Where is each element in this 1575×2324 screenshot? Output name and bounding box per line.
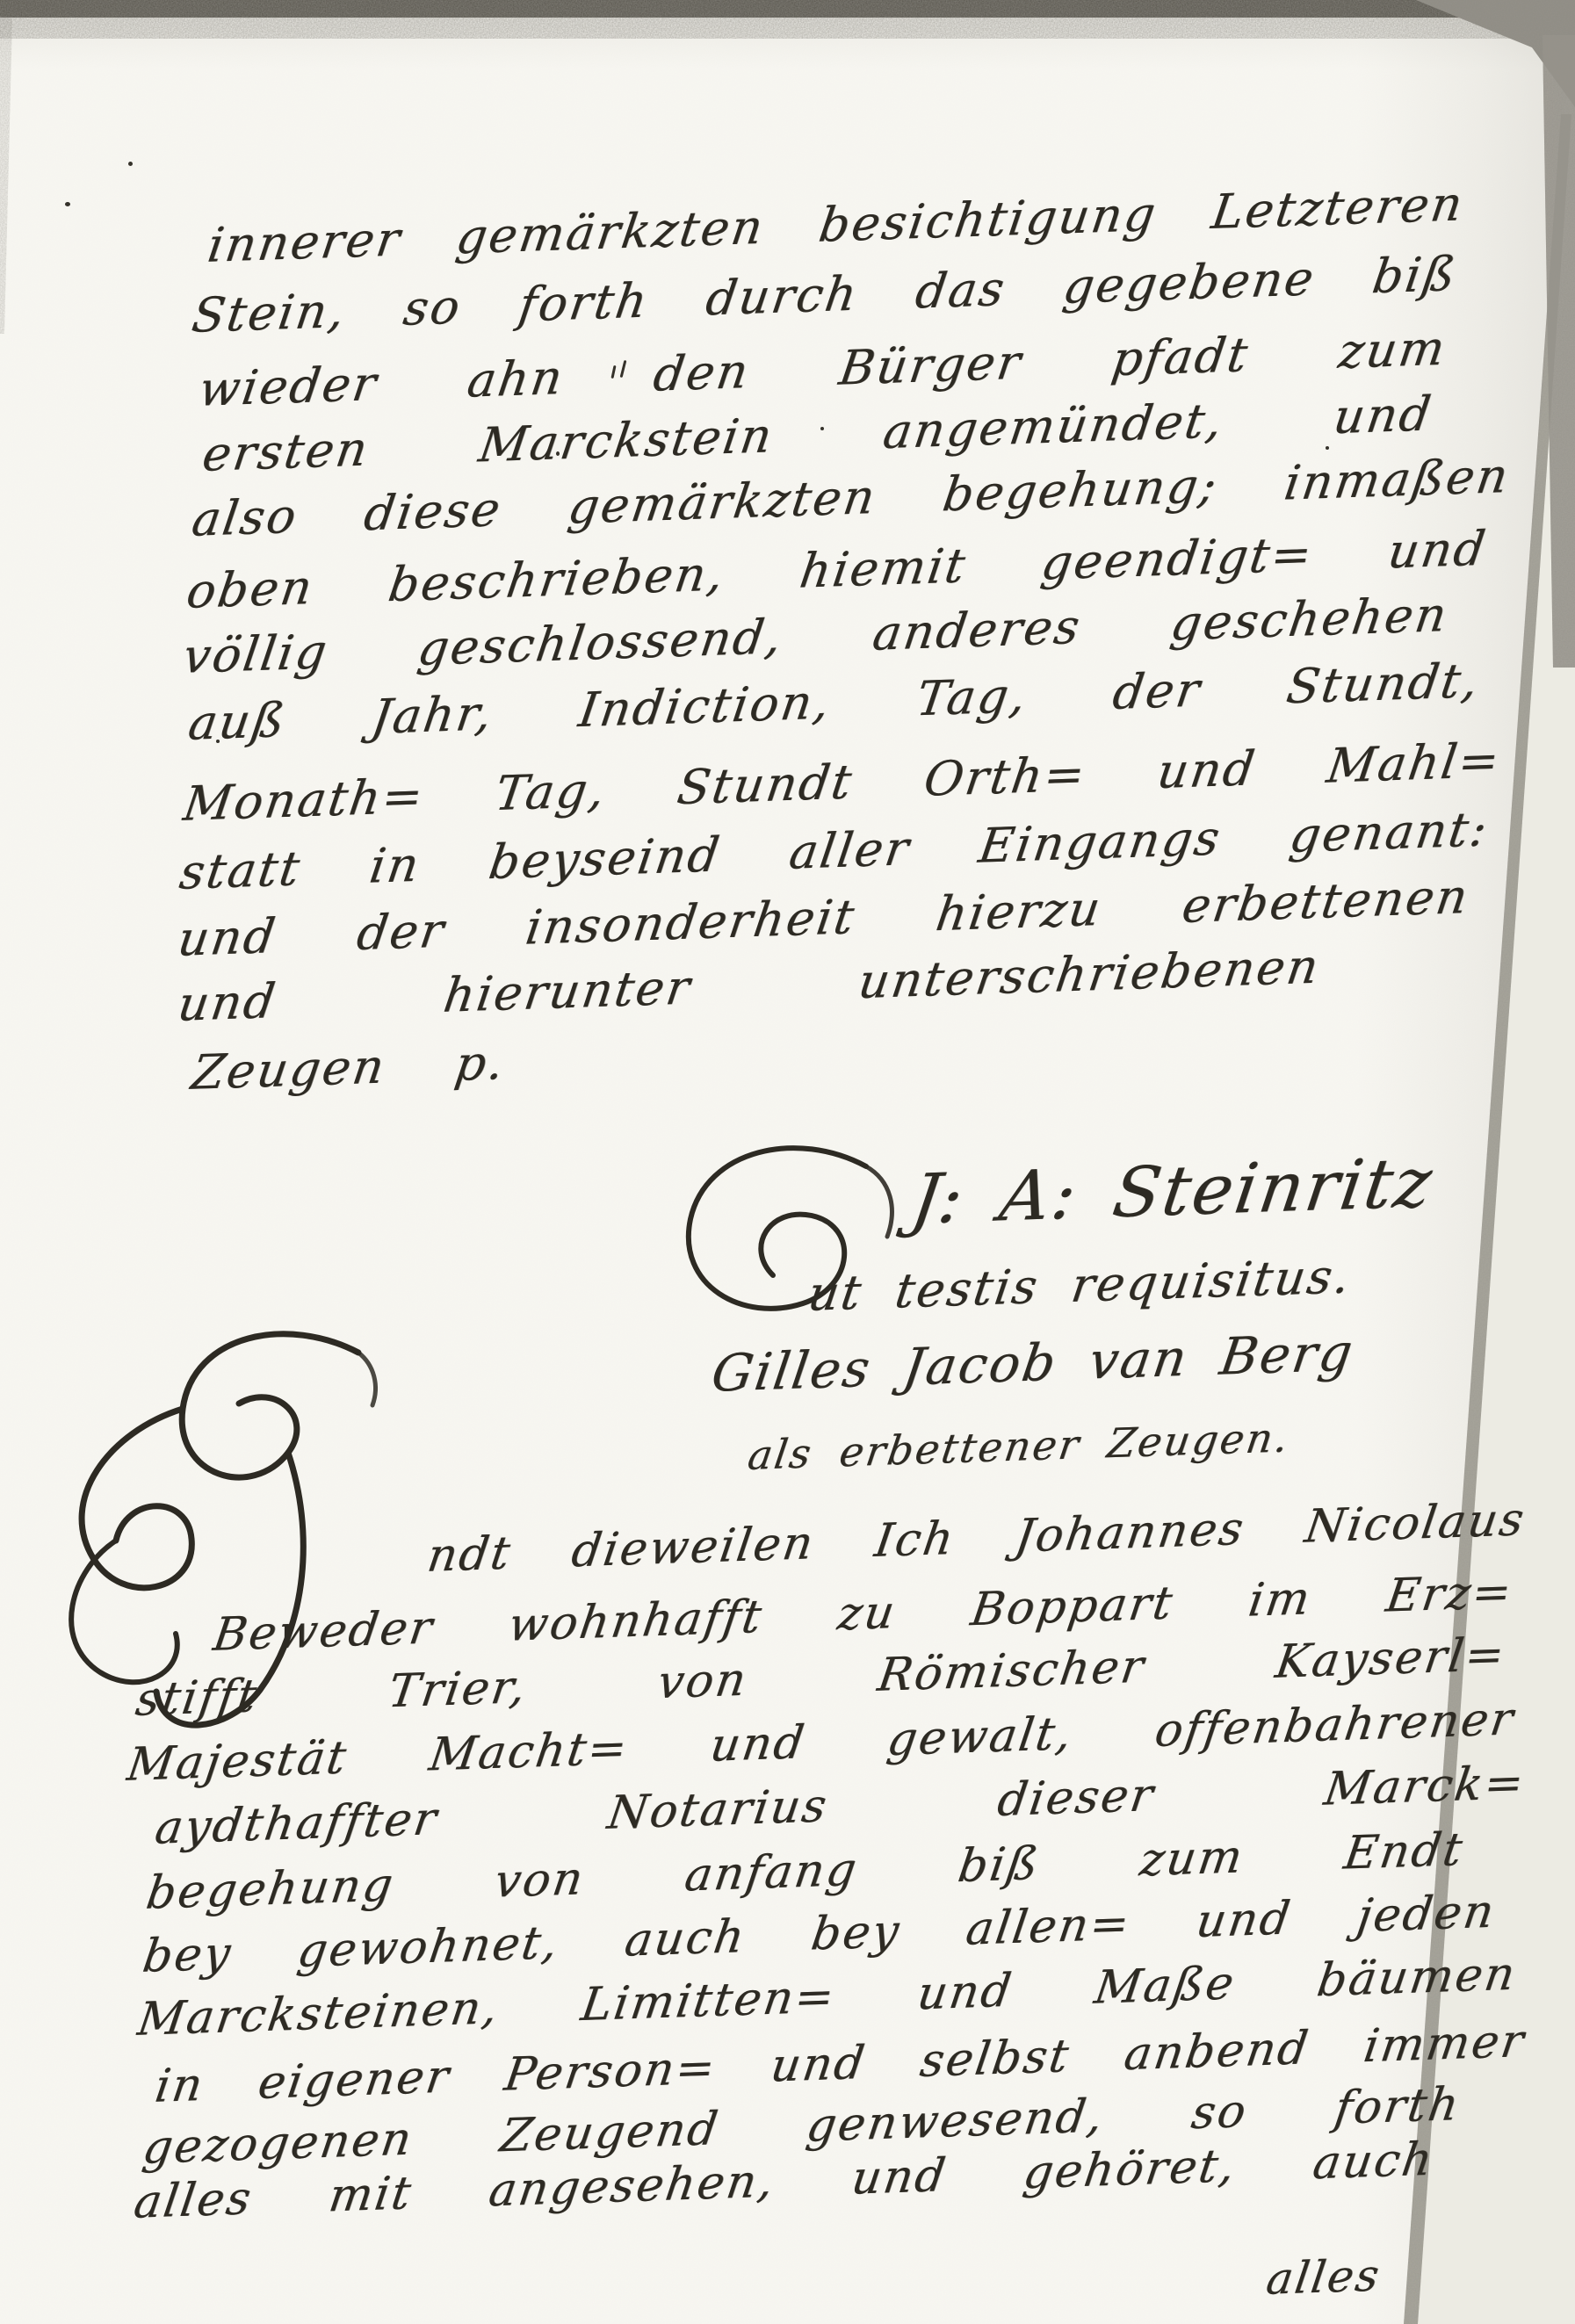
catchword: alles — [1263, 2249, 1384, 2305]
manuscript-line: Zeugen p. — [188, 1035, 509, 1101]
scanned-manuscript-page: innerer gemärkzten besichtigung Letztere… — [0, 0, 1575, 2324]
ink-speck — [65, 202, 70, 206]
ink-speck — [128, 162, 133, 166]
top-scan-band-grain — [0, 0, 1575, 39]
